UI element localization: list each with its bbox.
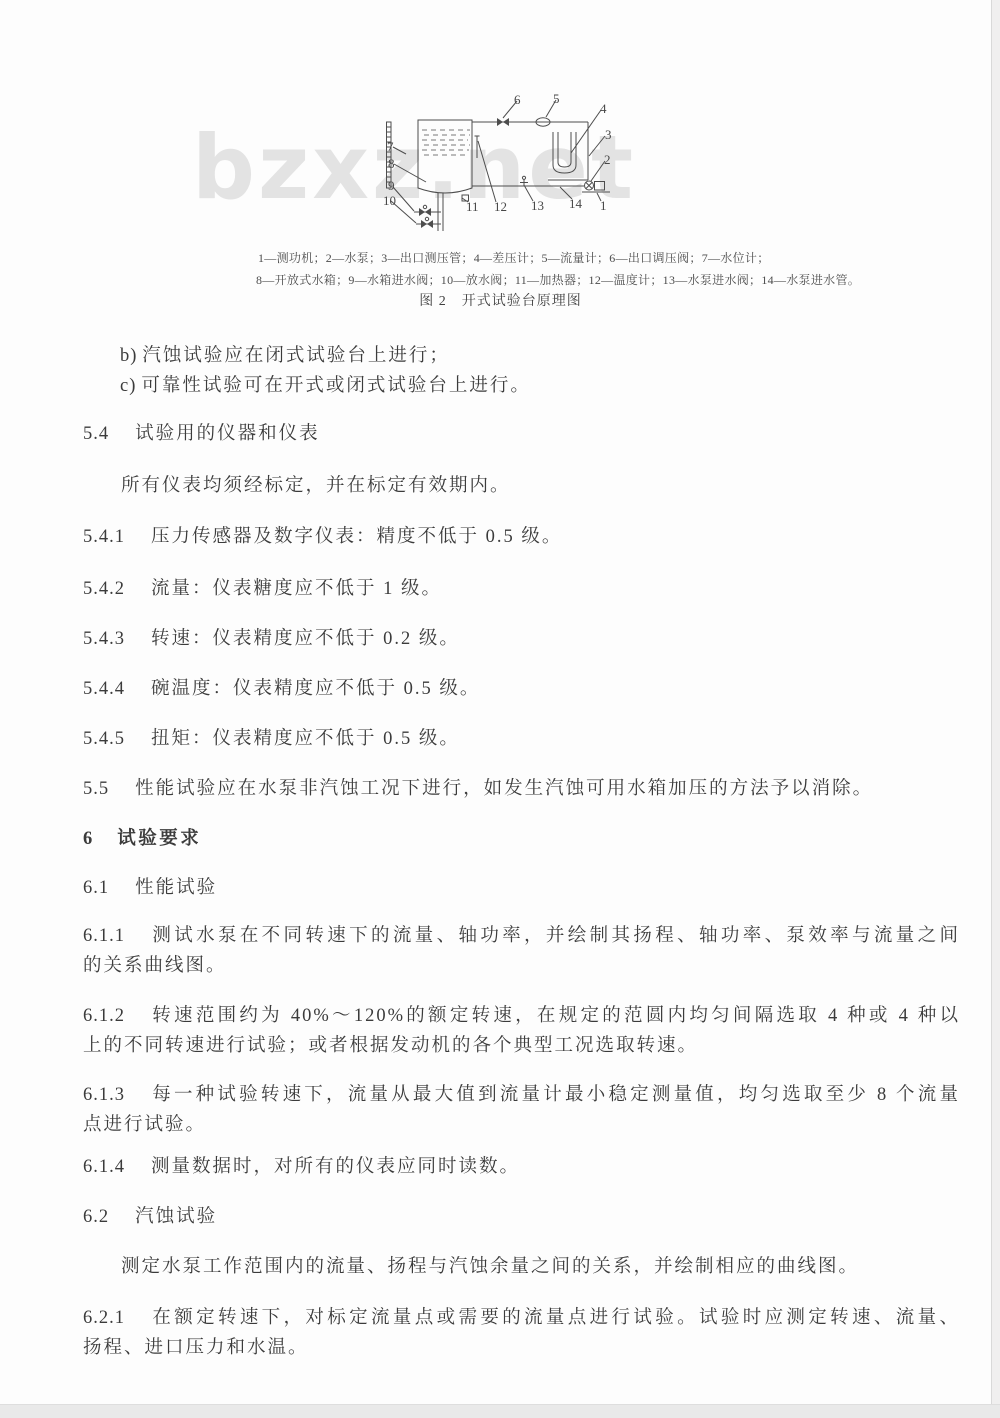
clause-number: 6.1.2 <box>83 1006 125 1026</box>
paragraph-line: 5.5性能试验应在水泵非汽蚀工况下进行，如发生汽蚀可用水箱加压的方法予以消除。 <box>83 774 960 804</box>
figure-part-label-3: 3 <box>605 128 612 141</box>
figure-caption-line-2: 8—开放式水箱；9—水箱进水阀；10—放水阀；11—加热器；12—温度计；13—… <box>256 271 860 288</box>
clause-number: 5.4 <box>83 424 109 444</box>
paragraph-line: 6.2汽蚀试验 <box>83 1202 960 1232</box>
paragraph-line: 5.4.2流量：仪表糖度应不低于 1 级。 <box>83 574 960 604</box>
paragraph-line: c)可靠性试验可在开式或闭式试验台上进行。 <box>120 371 960 401</box>
paragraph-5.4: 5.4试验用的仪器和仪表 <box>83 419 960 449</box>
scanned-standard-page: { "figure": { "watermark": "bzxz.net", "… <box>0 0 1000 1418</box>
clause-number: 5.4.3 <box>83 629 125 649</box>
clause-number: 6 <box>83 829 93 849</box>
paragraph-b): b)汽蚀试验应在闭式试验台上进行； <box>120 341 960 371</box>
paragraph-6.1.3: 6.1.3每一种试验转速下，流量从最大值到流量计最小稳定测量值，均匀选取至少 8… <box>83 1080 960 1140</box>
paragraph-line: 测定水泵工作范围内的流量、扬程与汽蚀余量之间的关系，并绘制相应的曲线图。 <box>121 1252 961 1282</box>
paragraph-6.1.2: 6.1.2转速范围约为 40%～120%的额定转速，在规定的范圆内均匀间隔选取 … <box>83 1001 960 1061</box>
paragraph-6.1.4: 6.1.4测量数据时，对所有的仪表应同时读数。 <box>83 1152 960 1182</box>
figure-part-label-14: 14 <box>569 197 582 210</box>
paragraph-line: 6.1.1测试水泵在不同转速下的流量、轴功率，并绘制其扬程、轴功率、泵效率与流量… <box>83 921 960 951</box>
clause-number: 6.1 <box>83 878 109 898</box>
paragraph-5.4.3: 5.4.3转速：仪表精度应不低于 0.2 级。 <box>83 624 960 654</box>
figure-part-label-7: 7 <box>387 140 394 153</box>
figure-part-label-13: 13 <box>531 199 544 212</box>
paragraph-line: b)汽蚀试验应在闭式试验台上进行； <box>120 341 960 371</box>
clause-number: 5.4.5 <box>83 729 125 749</box>
figure-part-label-10: 10 <box>383 194 396 207</box>
paragraph-5.5: 5.5性能试验应在水泵非汽蚀工况下进行，如发生汽蚀可用水箱加压的方法予以消除。 <box>83 774 960 804</box>
paragraph-line: 6.1.3每一种试验转速下，流量从最大值到流量计最小稳定测量值，均匀选取至少 8… <box>83 1080 960 1110</box>
open-water-tank <box>418 120 472 201</box>
clause-number: b) <box>120 346 137 366</box>
figure-part-label-12: 12 <box>494 200 507 213</box>
dynamometer <box>595 182 605 191</box>
paragraph-line: 6.1.2转速范围约为 40%～120%的额定转速，在规定的范圆内均匀间隔选取 … <box>83 1001 960 1031</box>
clause-number: 6.2.1 <box>83 1308 125 1328</box>
clause-number: 6.1.4 <box>83 1157 125 1177</box>
paragraph-5.4.2: 5.4.2流量：仪表糖度应不低于 1 级。 <box>83 574 960 604</box>
paragraph-line: 6.1.4测量数据时，对所有的仪表应同时读数。 <box>83 1152 960 1182</box>
clause-number: 6.2 <box>83 1207 109 1227</box>
paragraph-line: 所有仪表均须经标定，并在标定有效期内。 <box>121 471 961 501</box>
clause-number: 5.4.2 <box>83 579 125 599</box>
figure-part-label-9: 9 <box>388 179 395 192</box>
figure-part-label-1: 1 <box>600 199 607 212</box>
paragraph-line: 5.4.4碗温度：仪表精度应不低于 0.5 级。 <box>83 674 960 704</box>
paragraph-line: 5.4试验用的仪器和仪表 <box>83 419 960 449</box>
paragraph-5.4.4: 5.4.4碗温度：仪表精度应不低于 0.5 级。 <box>83 674 960 704</box>
paragraph-6.2.1: 6.2.1在额定转速下，对标定流量点或需要的流量点进行试验。试验时应测定转速、流… <box>83 1303 960 1363</box>
figure-caption-line-1: 1—测功机；2—水泵；3—出口测压管；4—差压计；5—流量计；6—出口调压阀；7… <box>258 249 770 266</box>
paragraph-6: 6试验要求 <box>83 824 960 854</box>
thermometer <box>475 136 480 158</box>
figure-part-label-4: 4 <box>600 102 607 115</box>
figure-part-label-11: 11 <box>466 200 479 213</box>
pump <box>585 181 594 190</box>
water-surface-lines <box>422 130 470 155</box>
figure-part-label-8: 8 <box>388 157 395 170</box>
pump-inlet-valve <box>520 176 528 186</box>
paragraph-c): c)可靠性试验可在开式或闭式试验台上进行。 <box>120 371 960 401</box>
clause-number: c) <box>120 376 136 396</box>
clause-number: 6.1.3 <box>83 1085 125 1105</box>
paragraph-line: 点进行试验。 <box>83 1110 960 1140</box>
clause-number: 6.1.1 <box>83 926 125 946</box>
paragraph-line: 6试验要求 <box>83 824 960 854</box>
clause-number: 5.4.4 <box>83 679 125 699</box>
tank-inlet-valve <box>419 205 431 216</box>
paragraph-indent-3: 所有仪表均须经标定，并在标定有效期内。 <box>121 471 961 501</box>
paragraph-line: 5.4.5扭矩：仪表精度应不低于 0.5 级。 <box>83 724 960 754</box>
figure-part-label-5: 5 <box>553 92 560 105</box>
outlet-regulator-valve <box>497 118 509 126</box>
paragraph-indent-17: 测定水泵工作范围内的流量、扬程与汽蚀余量之间的关系，并绘制相应的曲线图。 <box>121 1252 961 1282</box>
pipes <box>414 122 588 231</box>
paragraph-line: 6.2.1在额定转速下，对标定流量点或需要的流量点进行试验。试验时应测定转速、流… <box>83 1303 960 1333</box>
paragraph-6.1: 6.1性能试验 <box>83 873 960 903</box>
paragraph-line: 5.4.1压力传感器及数字仪表：精度不低于 0.5 级。 <box>83 522 960 552</box>
figure-title: 图 2 开式试验台原理图 <box>393 290 608 310</box>
u-tube-manometer <box>553 132 576 173</box>
page-right-edge <box>991 0 1000 1418</box>
clause-number: 5.5 <box>83 779 109 799</box>
paragraph-line: 6.1性能试验 <box>83 873 960 903</box>
clause-number: 5.4.1 <box>83 527 125 547</box>
figure-part-label-6: 6 <box>514 93 521 106</box>
paragraph-line: 5.4.3转速：仪表精度应不低于 0.2 级。 <box>83 624 960 654</box>
paragraph-line: 的关系曲线图。 <box>83 951 960 981</box>
figure-part-label-2: 2 <box>604 153 611 166</box>
paragraph-line: 上的不同转速进行试验；或者根据发动机的各个典型工况选取转速。 <box>83 1031 960 1061</box>
paragraph-line: 扬程、进口压力和水温。 <box>83 1333 960 1363</box>
paragraph-6.1.1: 6.1.1测试水泵在不同转速下的流量、轴功率，并绘制其扬程、轴功率、泵效率与流量… <box>83 921 960 981</box>
paragraph-6.2: 6.2汽蚀试验 <box>83 1202 960 1232</box>
paragraph-5.4.1: 5.4.1压力传感器及数字仪表：精度不低于 0.5 级。 <box>83 522 960 552</box>
page-bottom-edge <box>0 1404 1000 1418</box>
drain-valve <box>421 217 433 228</box>
paragraph-5.4.5: 5.4.5扭矩：仪表精度应不低于 0.5 级。 <box>83 724 960 754</box>
